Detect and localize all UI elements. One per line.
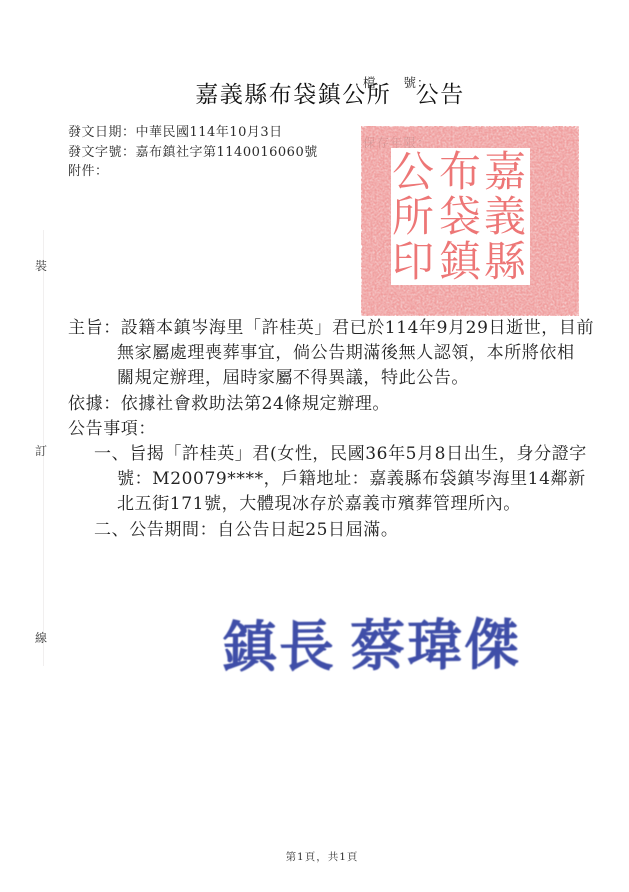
seal-char: 鎮 bbox=[439, 237, 483, 286]
document-meta: 發文日期：中華民國114年10月3日 發文字號：嘉布鎮社字第1140016060… bbox=[68, 123, 318, 182]
seal-char: 義 bbox=[484, 192, 526, 241]
official-seal: 嘉 義 縣 布 袋 鎮 公 所 印 bbox=[361, 126, 579, 316]
issue-date-row: 發文日期：中華民國114年10月3日 bbox=[68, 123, 318, 143]
issue-date-label: 發文日期： bbox=[68, 125, 136, 140]
seal-char: 所 bbox=[392, 192, 434, 241]
body-line: 關規定辦理，屆時家屬不得異議，特此公告。 bbox=[68, 366, 594, 391]
binding-mark-ding: 訂 bbox=[35, 442, 47, 459]
mayor-name: 蔡瑋傑 bbox=[350, 611, 521, 678]
issue-date-value: 中華民國114年10月3日 bbox=[136, 125, 283, 140]
seal-characters: 嘉 義 縣 布 袋 鎮 公 所 印 bbox=[392, 147, 527, 286]
seal-char: 布 bbox=[439, 147, 481, 196]
seal-char: 袋 bbox=[439, 192, 481, 241]
attachment-label: 附件： bbox=[68, 164, 109, 179]
doc-number-row: 發文字號：嘉布鎮社字第1140016060號 bbox=[68, 143, 318, 163]
official-seal-image: 嘉 義 縣 布 袋 鎮 公 所 印 bbox=[361, 126, 579, 316]
doc-number-value: 嘉布鎮社字第1140016060號 bbox=[136, 145, 318, 160]
announcement-document: 檔 號： 保存年限： 嘉義縣布袋鎮公所 公告 發文日期：中華民國114年10月3… bbox=[0, 0, 629, 892]
body-line: 無家屬處理喪葬事宜，倘公告期滿後無人認領，本所將依相 bbox=[68, 341, 594, 366]
body-line: 二、公告期間：自公告日起25日屆滿。 bbox=[68, 518, 594, 543]
seal-char: 印 bbox=[392, 237, 434, 286]
body-line: 號：M20079****，戶籍地址：嘉義縣布袋鎮岑海里14鄰新 bbox=[68, 467, 594, 492]
binding-mark-xian: 線 bbox=[35, 629, 47, 646]
attachment-row: 附件： bbox=[68, 162, 318, 182]
body-line: 公告事項： bbox=[68, 417, 594, 442]
doc-number-label: 發文字號： bbox=[68, 145, 136, 160]
body-line: 依據：依據社會救助法第24條規定辦理。 bbox=[68, 392, 594, 417]
binding-mark-zhuang: 裝 bbox=[35, 257, 47, 274]
seal-char: 嘉 bbox=[484, 147, 526, 196]
mayor-title: 鎮長 bbox=[222, 613, 336, 679]
page-title: 嘉義縣布袋鎮公所 公告 bbox=[0, 76, 629, 109]
body-line: 主旨：設籍本鎮岑海里「許桂英」君已於114年9月29日逝世，目前 bbox=[68, 316, 594, 341]
seal-char: 公 bbox=[392, 147, 434, 196]
mayor-signature-stamp: 鎮長蔡瑋傑 bbox=[222, 600, 522, 682]
seal-char: 縣 bbox=[484, 237, 527, 286]
body-line: 一、旨揭「許桂英」君(女性，民國36年5月8日出生，身分證字 bbox=[68, 442, 594, 467]
announcement-body: 主旨：設籍本鎮岑海里「許桂英」君已於114年9月29日逝世，目前 無家屬處理喪葬… bbox=[68, 316, 594, 543]
body-line: 北五街171號，大體現冰存於嘉義市殯葬管理所內。 bbox=[68, 492, 594, 517]
page-number: 第1頁，共1頁 bbox=[0, 849, 629, 864]
